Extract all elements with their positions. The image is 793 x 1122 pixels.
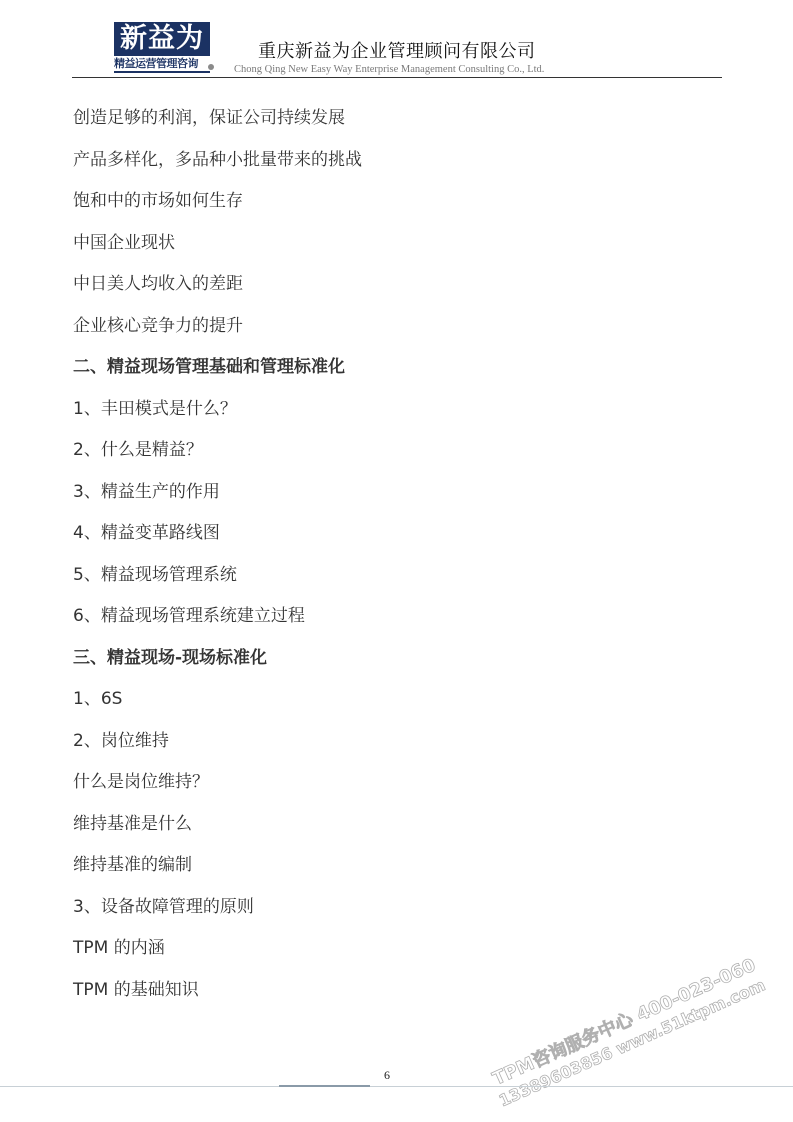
- logo-sub-text: 精益运营管理咨询: [114, 57, 210, 73]
- body-line: 3、精益生产的作用: [73, 478, 723, 520]
- body-line: 3、设备故障管理的原则: [73, 893, 723, 935]
- watermark-line-2: 13389603856 www.51ktpm.com: [496, 975, 768, 1110]
- body-line: 中国企业现状: [73, 229, 723, 271]
- body-line: 什么是岗位维持？: [73, 768, 723, 810]
- logo-main-text: 新益为: [114, 22, 210, 56]
- logo-dot-icon: [208, 64, 214, 70]
- body-line: 维持基准的编制: [73, 851, 723, 893]
- section-heading: 二、精益现场管理基础和管理标准化: [73, 353, 723, 395]
- body-line: 5、精益现场管理系统: [73, 561, 723, 603]
- body-line: 饱和中的市场如何生存: [73, 187, 723, 229]
- company-name-cn: 重庆新益为企业管理顾问有限公司: [258, 37, 536, 63]
- page-header: 新益为 精益运营管理咨询 重庆新益为企业管理顾问有限公司 Chong Qing …: [72, 20, 722, 78]
- body-line: 产品多样化，多品种小批量带来的挑战: [73, 146, 723, 188]
- footer-accent-bar: [279, 1085, 370, 1087]
- body-line: 中日美人均收入的差距: [73, 270, 723, 312]
- body-line: 企业核心竞争力的提升: [73, 312, 723, 354]
- footer-divider: [0, 1086, 793, 1087]
- body-line: 2、岗位维持: [73, 727, 723, 769]
- watermark-line-1: TPM咨询服务中心 400-023-060: [488, 951, 759, 1091]
- body-line: 4、精益变革路线图: [73, 519, 723, 561]
- body-line: 2、什么是精益？: [73, 436, 723, 478]
- body-line: 维持基准是什么: [73, 810, 723, 852]
- company-logo: 新益为 精益运营管理咨询: [114, 22, 210, 74]
- company-name-en: Chong Qing New Easy Way Enterprise Manag…: [234, 64, 544, 75]
- document-body: 创造足够的利润，保证公司持续发展 产品多样化，多品种小批量带来的挑战 饱和中的市…: [73, 104, 723, 1017]
- body-line: 创造足够的利润，保证公司持续发展: [73, 104, 723, 146]
- body-line: 6、精益现场管理系统建立过程: [73, 602, 723, 644]
- watermark: TPM咨询服务中心 400-023-060 13389603856 www.51…: [470, 955, 790, 1095]
- body-line: 1、6S: [73, 685, 723, 727]
- header-divider: [72, 77, 722, 78]
- body-line: 1、丰田模式是什么？: [73, 395, 723, 437]
- page-number: 6: [377, 1068, 397, 1083]
- section-heading: 三、精益现场-现场标准化: [73, 644, 723, 686]
